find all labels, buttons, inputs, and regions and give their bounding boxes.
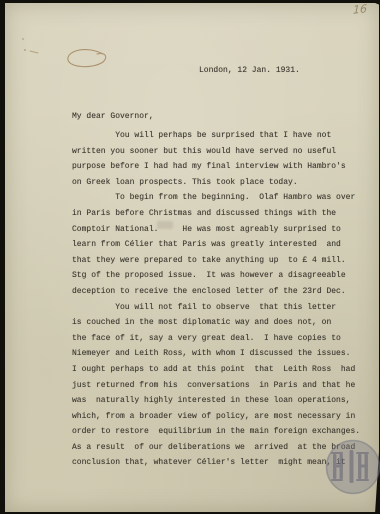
letter-line: that they were prepared to take anything… (72, 253, 372, 269)
letter-line: learn from Célier that Paris was greatly… (72, 237, 372, 253)
letter-line: the face of it, say a very great deal. I… (72, 331, 372, 347)
letter-line: is couched in the most diplomatic way an… (72, 315, 372, 331)
letter-line: purpose before I had had my final interv… (72, 159, 372, 175)
letter-line: order to restore equilibrium in the main… (72, 424, 372, 440)
letter-line: which, from a broader view of policy, ar… (72, 409, 372, 425)
letter-line: Stg of the proposed issue. It was howeve… (72, 268, 372, 284)
pencil-squiggle-icon (18, 34, 118, 74)
letter-line: To begin from the beginning. Olaf Hambro… (72, 190, 372, 206)
letter-line: in Paris before Christmas and discussed … (72, 206, 372, 222)
letter-line: You will perhaps be surprised that I hav… (72, 128, 372, 144)
letter-line: just returned from his conversations in … (72, 378, 372, 394)
letter-salutation: My dear Governor, (72, 112, 154, 121)
letter-line: Niemeyer and Leith Ross, with whom I dis… (72, 346, 372, 362)
scanned-letter-page: 16 London, 12 Jan. 1931. My dear Governo… (0, 0, 380, 514)
letter-line: on Greek loan prospects. This took place… (72, 175, 372, 191)
letter-line: Comptoir National. He was most agreably … (72, 222, 372, 238)
letter-line: was naturally highly interested in these… (72, 393, 372, 409)
letter-body: You will perhaps be surprised that I hav… (72, 128, 372, 471)
letter-dateline: London, 12 Jan. 1931. (199, 66, 300, 75)
letter-line: I ought perhaps to add at this point tha… (72, 362, 372, 378)
handwritten-page-number: 16 (353, 2, 367, 17)
letter-line: You will not fail to observe that this l… (72, 300, 372, 316)
typewriter-erasure-smudge (157, 221, 173, 229)
letter-line: written you sooner but this would have s… (72, 144, 372, 160)
circular-archive-stamp-icon (325, 439, 380, 495)
letter-line: deception to receive the enclosed letter… (72, 284, 372, 300)
